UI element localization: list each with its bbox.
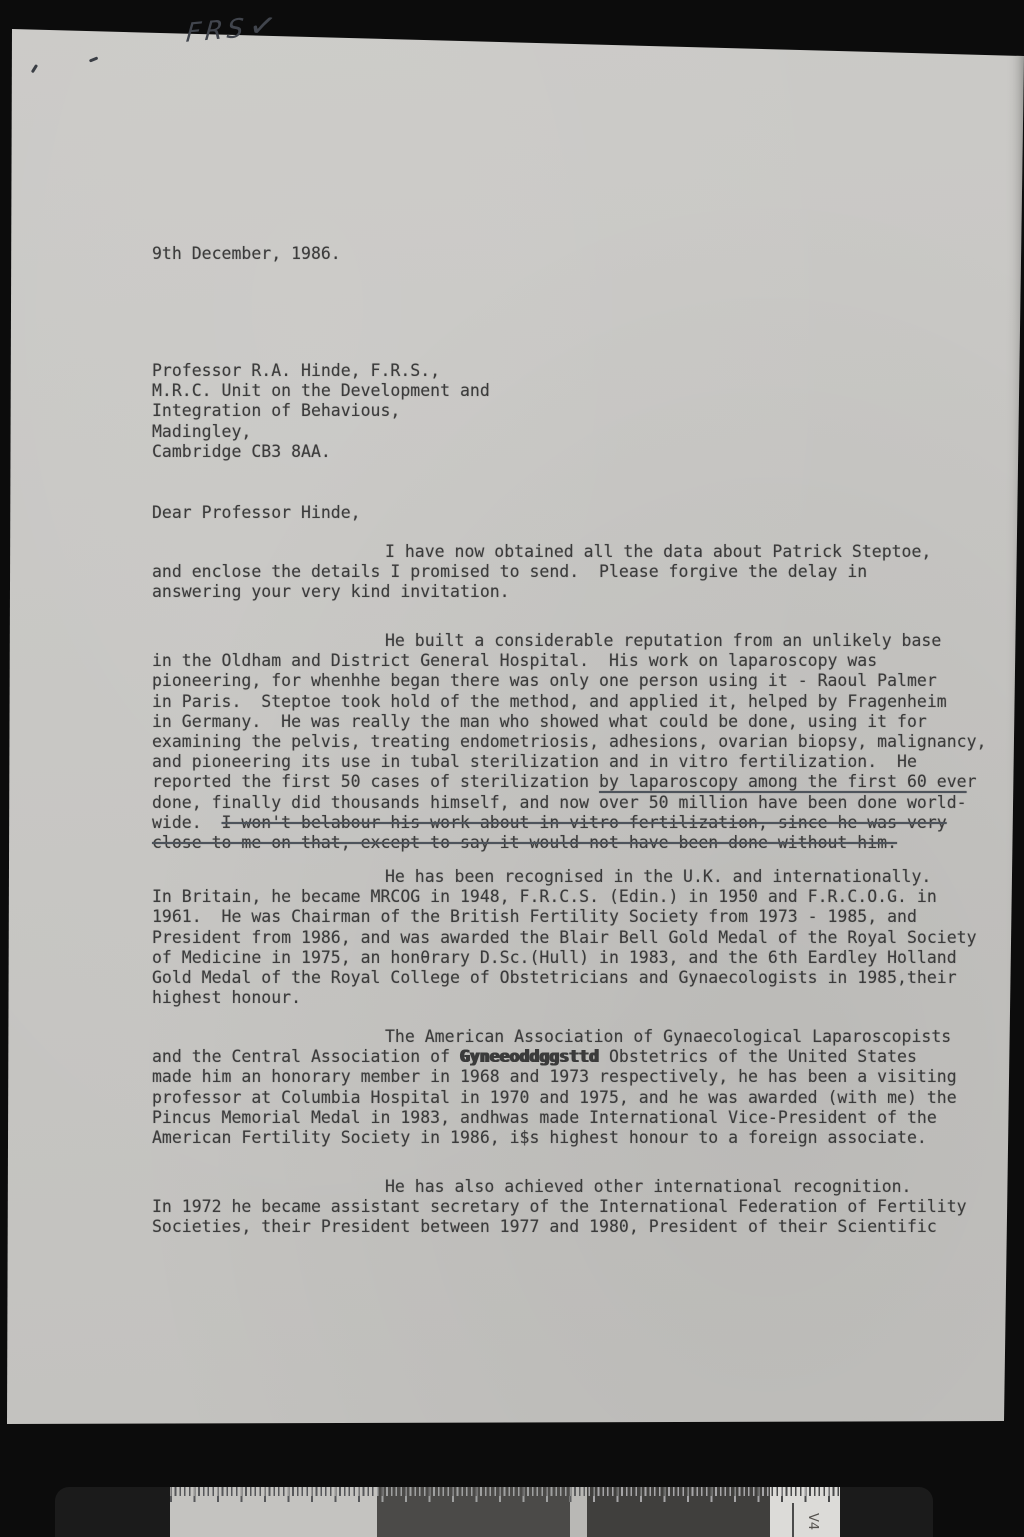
recipient-address-line: Cambridge CB3 8AA. — [152, 442, 490, 462]
struck-text: close to me on that, except to say it wo… — [152, 833, 897, 852]
line-text: Pincus Memorial Medal in 1983, andhwas m… — [152, 1108, 937, 1127]
overlined-text: over 50 million have been done world- — [599, 793, 967, 812]
letter-paragraph: He has also achieved other international… — [152, 1177, 967, 1238]
body-line: of Medicine in 1975, an honθrary D.Sc.(H… — [152, 948, 977, 968]
body-line: In Britain, he became MRCOG in 1948, F.R… — [152, 887, 977, 907]
line-text: He has also achieved other international… — [385, 1177, 912, 1196]
line-text: in Paris. Steptoe took hold of the metho… — [152, 692, 947, 711]
recipient-address: Professor R.A. Hinde, F.R.S.,M.R.C. Unit… — [152, 361, 490, 462]
line-text: He has been recognised in the U.K. and i… — [385, 867, 931, 886]
body-line: wide. I won't belabour his work about in… — [152, 813, 986, 833]
recipient-address-line: Integration of Behavious, — [152, 401, 490, 421]
line-text: and the Central Association of — [152, 1047, 460, 1066]
body-line: and the Central Association of Gyneeoddg… — [152, 1047, 957, 1067]
struck-text: I won't belabour his work about in vitro… — [222, 813, 947, 832]
line-text: Societies, their President between 1977 … — [152, 1217, 937, 1236]
body-line: in Paris. Steptoe took hold of the metho… — [152, 692, 986, 712]
letter-paragraph: He built a considerable reputation from … — [152, 631, 986, 853]
body-line: made him an honorary member in 1968 and … — [152, 1067, 957, 1087]
line-text: pioneering, for whenhhe began there was … — [152, 671, 937, 690]
scale-v4-label: V4 — [794, 1513, 820, 1529]
line-text: highest honour. — [152, 988, 301, 1007]
line-text: He built a considerable reputation from … — [385, 631, 941, 650]
body-line: and pioneering its use in tubal steriliz… — [152, 752, 986, 772]
body-line: He has also achieved other international… — [152, 1177, 967, 1197]
line-text: In Britain, he became MRCOG in 1948, F.R… — [152, 887, 937, 906]
line-text: and pioneering its use in tubal steriliz… — [152, 752, 917, 771]
body-line: answering your very kind invitation. — [152, 582, 931, 602]
body-line: 1961. He was Chairman of the British Fer… — [152, 907, 977, 927]
body-line: American Fertility Society in 1986, i$s … — [152, 1128, 957, 1148]
body-line: pioneering, for whenhhe began there was … — [152, 671, 986, 691]
body-line: He has been recognised in the U.K. and i… — [152, 867, 977, 887]
body-line: In 1972 he became assistant secretary of… — [152, 1197, 967, 1217]
line-text: examining the pelvis, treating endometri… — [152, 732, 986, 751]
recipient-address-line: Professor R.A. Hinde, F.R.S., — [152, 361, 490, 381]
line-text: In 1972 he became assistant secretary of… — [152, 1197, 967, 1216]
line-text: Gold Medal of the Royal College of Obste… — [152, 968, 957, 987]
body-line: Societies, their President between 1977 … — [152, 1217, 967, 1237]
salutation: Dear Professor Hinde, — [152, 503, 361, 523]
body-line: in the Oldham and District General Hospi… — [152, 651, 986, 671]
line-text: The American Association of Gynaecologic… — [385, 1027, 951, 1046]
letter-paragraph: He has been recognised in the U.K. and i… — [152, 867, 977, 1008]
line-text: professor at Columbia Hospital in 1970 a… — [152, 1088, 957, 1107]
body-line: reported the first 50 cases of steriliza… — [152, 772, 986, 792]
body-line: close to me on that, except to say it wo… — [152, 833, 986, 853]
grayscale-scale-bar: V4 — [55, 1487, 933, 1537]
date-line: 9th December, 1986. — [152, 244, 341, 264]
body-line: I have now obtained all the data about P… — [152, 542, 931, 562]
body-line: and enclose the details I promised to se… — [152, 562, 931, 582]
line-text: President from 1986, and was awarded the… — [152, 928, 977, 947]
body-line: The American Association of Gynaecologic… — [152, 1027, 957, 1047]
letter-paragraph: The American Association of Gynaecologic… — [152, 1027, 957, 1148]
letter-paragraph: I have now obtained all the data about P… — [152, 542, 931, 603]
body-line: professor at Columbia Hospital in 1970 a… — [152, 1088, 957, 1108]
body-line: highest honour. — [152, 988, 977, 1008]
recipient-address-line: M.R.C. Unit on the Development and — [152, 381, 490, 401]
body-line: Gold Medal of the Royal College of Obste… — [152, 968, 977, 988]
line-text: of Medicine in 1975, an honθrary D.Sc.(H… — [152, 948, 957, 967]
letter-body: 9th December, 1986. Professor R.A. Hinde… — [152, 0, 1024, 1537]
line-text: I have now obtained all the data about P… — [385, 542, 931, 561]
line-text: 1961. He was Chairman of the British Fer… — [152, 907, 917, 926]
line-text: wide. — [152, 813, 222, 832]
body-line: He built a considerable reputation from … — [152, 631, 986, 651]
ruler-major-ticks — [170, 1487, 840, 1502]
line-text: Obstetrics of the United States — [599, 1047, 917, 1066]
line-text: in the Oldham and District General Hospi… — [152, 651, 877, 670]
line-text: answering your very kind invitation. — [152, 582, 510, 601]
body-line: Pincus Memorial Medal in 1983, andhwas m… — [152, 1108, 957, 1128]
body-line: President from 1986, and was awarded the… — [152, 928, 977, 948]
line-text: made him an honorary member in 1968 and … — [152, 1067, 957, 1086]
body-line: done, finally did thousands himself, and… — [152, 793, 986, 813]
line-text: reported the first 50 cases of steriliza… — [152, 772, 977, 791]
recipient-address-line: Madingley, — [152, 422, 490, 442]
body-line: in Germany. He was really the man who sh… — [152, 712, 986, 732]
line-text: American Fertility Society in 1986, i$s … — [152, 1128, 927, 1147]
body-line: examining the pelvis, treating endometri… — [152, 732, 986, 752]
line-text: and enclose the details I promised to se… — [152, 562, 867, 581]
overstruck-text: Gyneeoddggsttd — [460, 1047, 599, 1066]
line-text: done, finally did thousands himself, and… — [152, 793, 599, 812]
line-text: in Germany. He was really the man who sh… — [152, 712, 927, 731]
